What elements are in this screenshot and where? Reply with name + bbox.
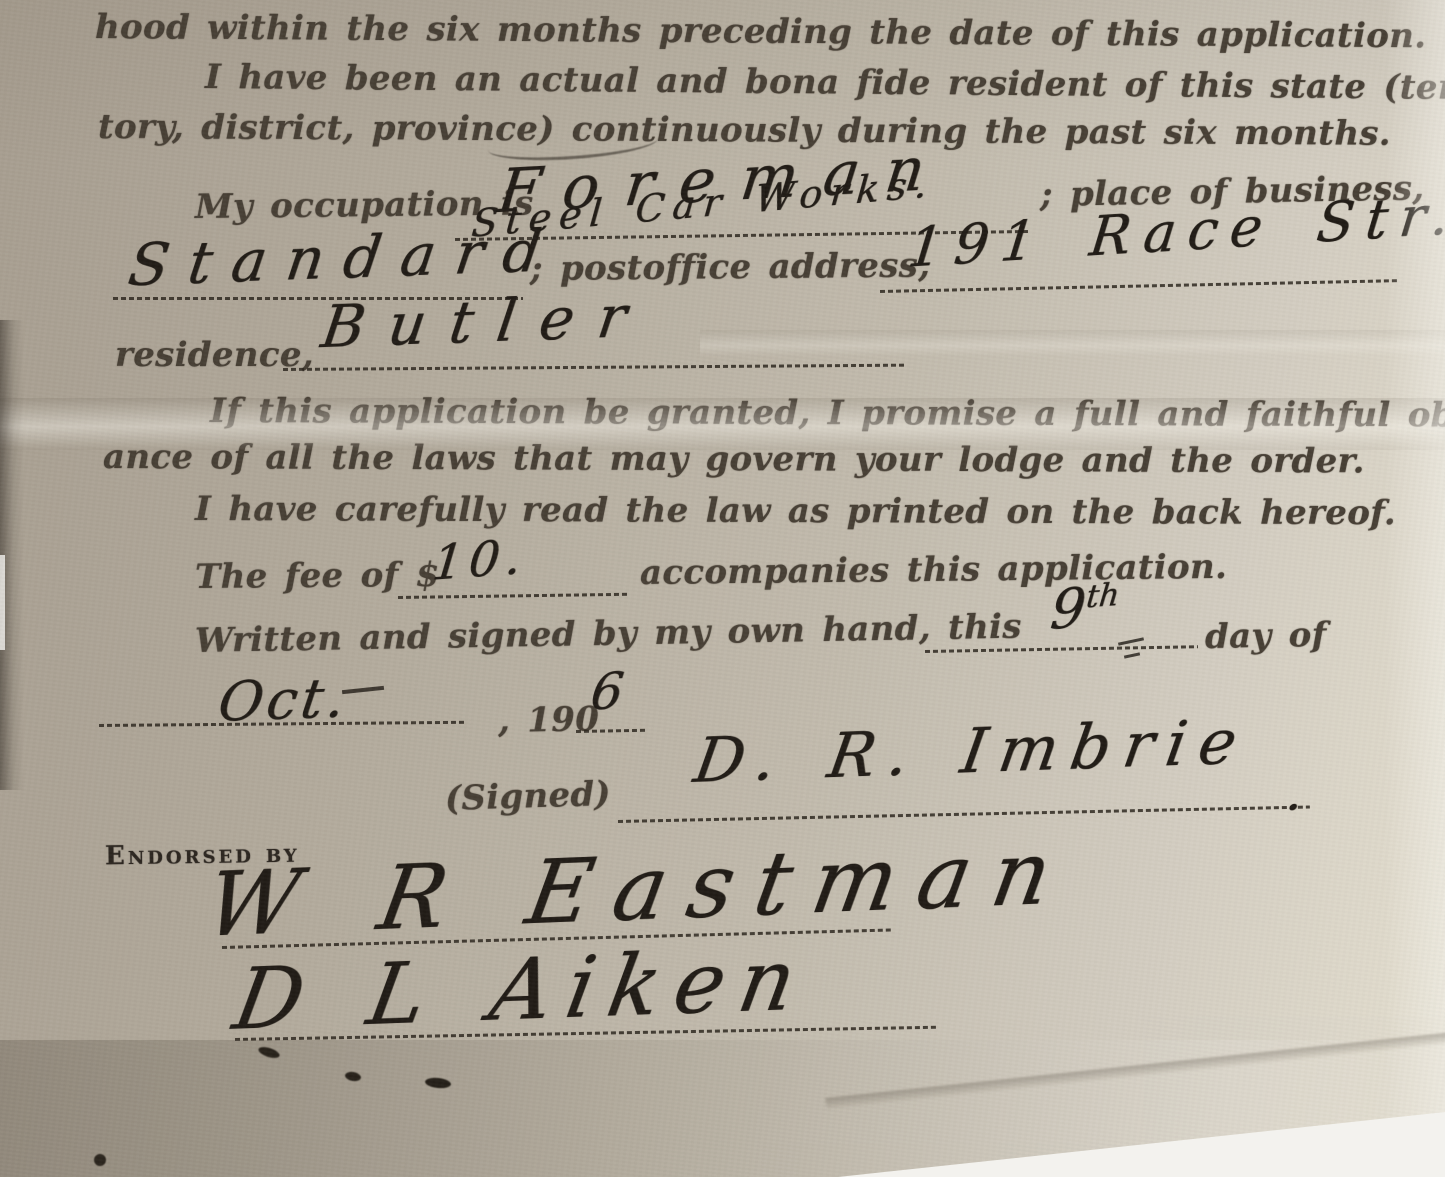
form-line-resident-1: I have been an actual and bona fide resi… [205,58,1445,108]
fee-tail: accompanies this application. [640,548,1228,593]
form-line-neighborhood: hood within the six months preceding the… [95,8,1427,56]
bottom-shade [0,1040,1445,1177]
handwritten-postoffice-address: 191 Race Str. [905,188,1445,276]
left-edge-sliver [0,555,5,650]
scanned-application-photo: hood within the six months preceding the… [0,0,1445,1177]
day-suffix-flourish-2 [1124,652,1140,658]
handwritten-year-digit: 6 [588,666,626,718]
signature-trailing-period: . [1283,768,1308,818]
applicant-signature: D. R. Imbrie [690,710,1254,792]
endorser-signature-2: D L Aiken [228,937,816,1042]
day-number: 9 [1048,576,1089,642]
year-prefix: , 190 [498,700,600,741]
handwritten-business-main: Standard [125,221,564,294]
endorser-signature-1: W R Eastman [200,828,1079,950]
fold-crease-faint [700,330,1445,356]
day-of-label: day of [1205,616,1327,657]
handwritten-day: 9th [1048,579,1121,638]
handwritten-fee: 10. [430,533,529,588]
ink-speck-3 [425,1077,452,1090]
ink-dot [94,1154,106,1166]
read-law-line: I have carefully read the law as printed… [195,490,1396,533]
left-edge-shadow [0,320,24,790]
day-ordinal-suffix: th [1084,577,1120,616]
written-label: Written and signed by my own hand, this [195,608,1022,662]
signed-label: (Signed) [444,775,611,819]
residence-underline [283,364,905,371]
signature-underline [618,806,1310,823]
promise-line-2: ance of all the laws that may govern you… [103,438,1365,481]
promise-line-1: If this application be granted, I promis… [210,392,1445,436]
ink-speck-2 [344,1071,361,1083]
day-suffix-flourish [1118,637,1144,645]
handwritten-residence: Butler [318,286,654,356]
postoffice-underline [880,279,1398,292]
document-paper: hood within the six months preceding the… [0,0,1445,1177]
fee-label: The fee of $ [195,556,440,597]
year-underline [576,729,648,733]
